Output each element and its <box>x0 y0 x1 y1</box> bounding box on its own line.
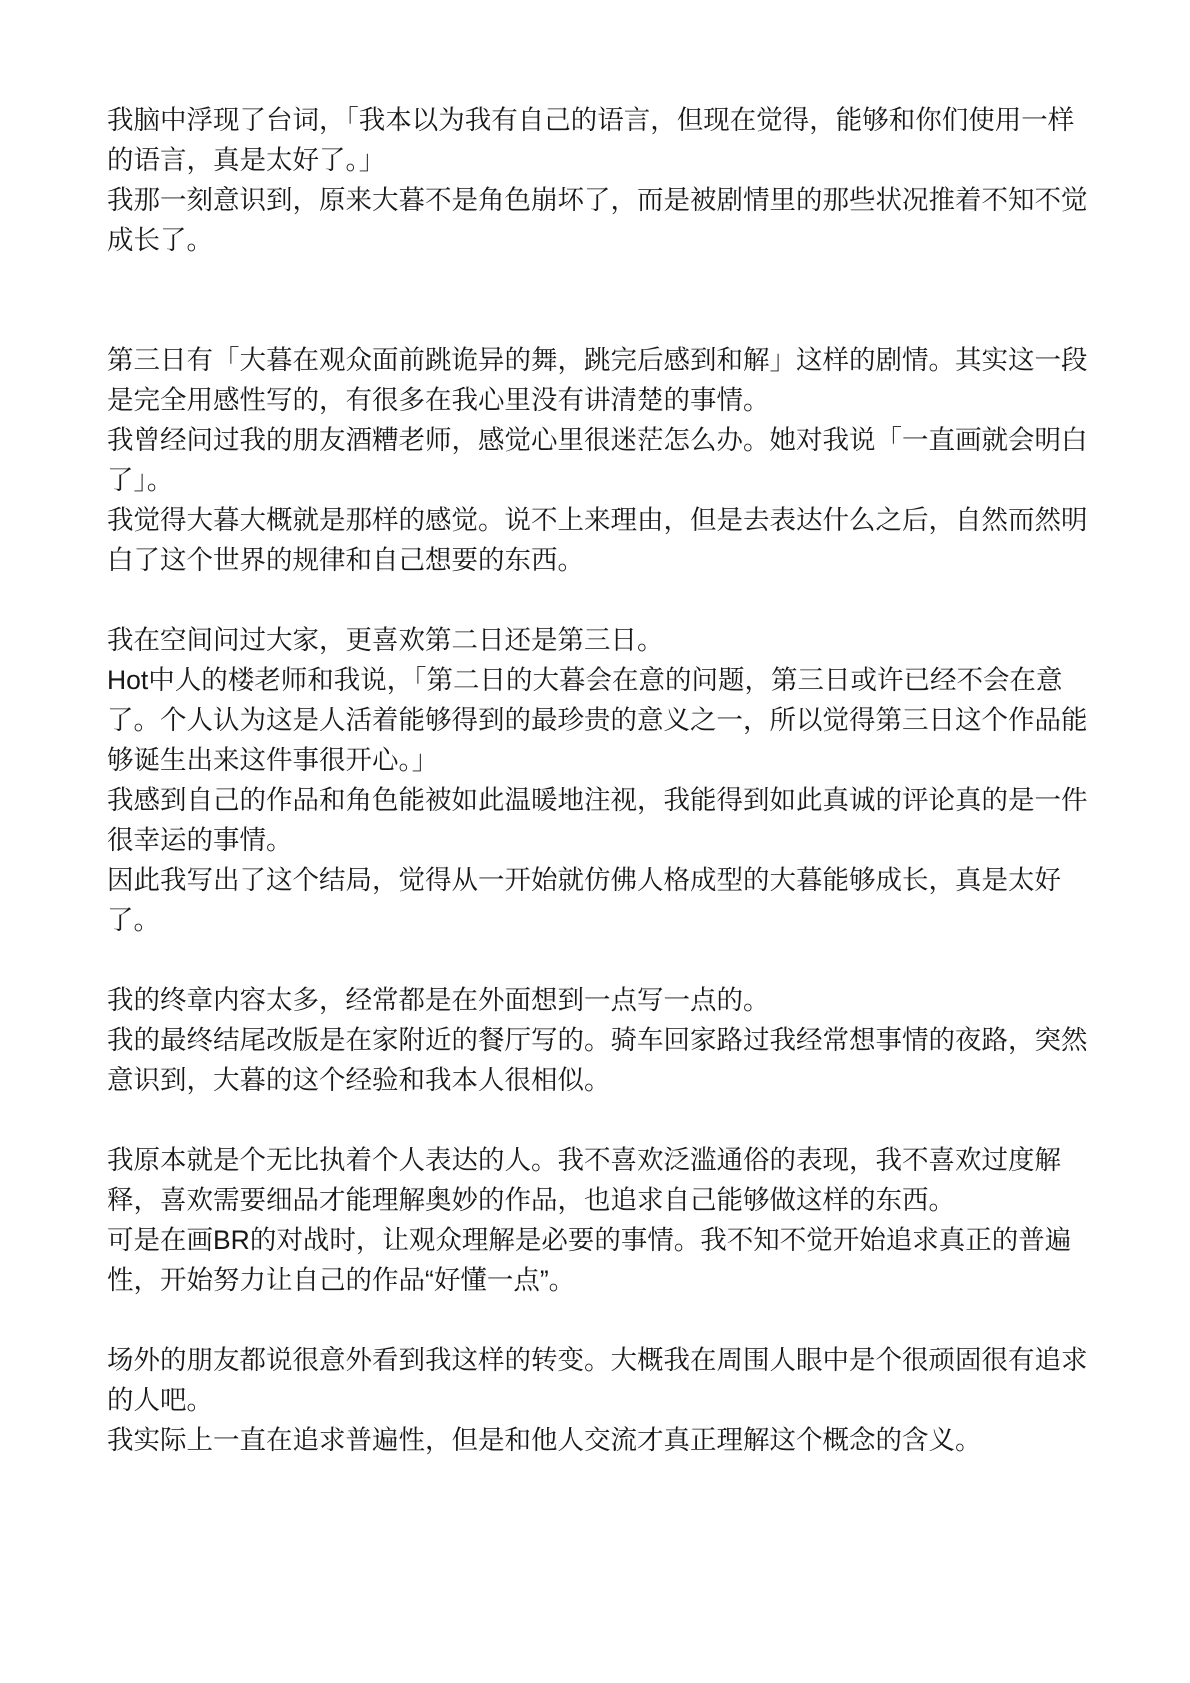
document-page: 我脑中浮现了台词，「我本以为我有自己的语言，但现在觉得，能够和你们使用一样 的语… <box>0 0 1190 1683</box>
paragraph-1: 我脑中浮现了台词，「我本以为我有自己的语言，但现在觉得，能够和你们使用一样 的语… <box>107 100 1140 260</box>
paragraph-2: 第三日有「大暮在观众面前跳诡异的舞，跳完后感到和解」这样的剧情。其实这一段 是完… <box>107 340 1140 580</box>
paragraph-5: 我原本就是个无比执着个人表达的人。我不喜欢泛滥通俗的表现，我不喜欢过度解 释，喜… <box>107 1140 1140 1300</box>
paragraph-4: 我的终章内容太多，经常都是在外面想到一点写一点的。 我的最终结尾改版是在家附近的… <box>107 980 1140 1100</box>
paragraph-6: 场外的朋友都说很意外看到我这样的转变。大概我在周围人眼中是个很顽固很有追求 的人… <box>107 1340 1140 1460</box>
paragraph-3: 我在空间问过大家，更喜欢第二日还是第三日。 Hot中人的楼老师和我说，「第二日的… <box>107 620 1140 940</box>
